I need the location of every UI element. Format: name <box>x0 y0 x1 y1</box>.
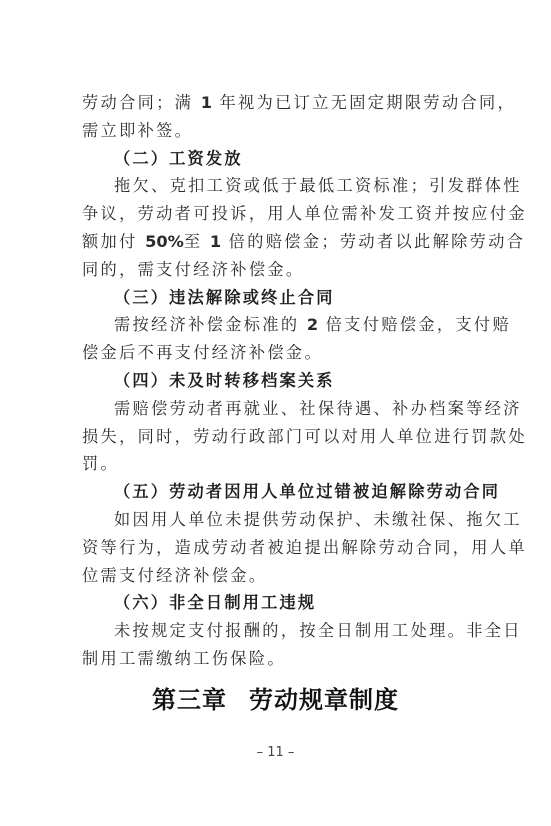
page-number: – 11 – <box>0 745 551 760</box>
text-span: 年视为已订立无固定期限劳动合同， <box>212 93 516 112</box>
text-line: 需按经济补偿金标准的 2 倍支付赔偿金，支付赔 <box>82 311 470 339</box>
chapter-name: 劳动规章制度 <box>249 685 399 714</box>
text-line: 需赔偿劳动者再就业、社保待遇、补办档案等经济 <box>82 395 470 423</box>
section-heading-4: （四）未及时转移档案关系 <box>82 367 470 395</box>
text-span: 额加付 <box>82 232 145 251</box>
text-span: 倍支付赔偿金，支付赔 <box>318 315 511 334</box>
text-line: 损失，同时，劳动行政部门可以对用人单位进行罚款处 <box>82 423 470 451</box>
text-span: 劳动合同；满 <box>82 93 201 112</box>
text-line: 同的，需支付经济补偿金。 <box>82 256 470 284</box>
text-line: 需立即补签。 <box>82 117 470 145</box>
text-line: 争议，劳动者可投诉，用人单位需补发工资并按应付金 <box>82 200 470 228</box>
text-line: 偿金后不再支付经济补偿金。 <box>82 339 470 367</box>
section-heading-3: （三）违法解除或终止合同 <box>82 284 470 312</box>
number: 1 <box>210 232 221 251</box>
number: 50% <box>145 232 184 251</box>
text-line: 劳动合同；满 1 年视为已订立无固定期限劳动合同， <box>82 89 470 117</box>
text-line: 拖欠、克扣工资或低于最低工资标准；引发群体性 <box>82 172 470 200</box>
text-line: 资等行为，造成劳动者被迫提出解除劳动合同，用人单 <box>82 534 470 562</box>
section-heading-5: （五）劳动者因用人单位过错被迫解除劳动合同 <box>82 478 470 506</box>
text-line: 未按规定支付报酬的，按全日制用工处理。非全日 <box>82 617 470 645</box>
chapter-number: 第三章 <box>152 685 227 714</box>
text-line: 位需支付经济补偿金。 <box>82 562 470 590</box>
text-span: 需按经济补偿金标准的 <box>114 315 307 334</box>
chapter-title: 第三章劳动规章制度 <box>0 680 551 715</box>
section-heading-6: （六）非全日制用工违规 <box>82 589 470 617</box>
document-page: 劳动合同；满 1 年视为已订立无固定期限劳动合同， 需立即补签。 （二）工资发放… <box>0 0 551 826</box>
text-span: 至 <box>184 232 210 251</box>
body-text: 劳动合同；满 1 年视为已订立无固定期限劳动合同， 需立即补签。 （二）工资发放… <box>82 89 470 673</box>
text-span: 倍的赔偿金；劳动者以此解除劳动合 <box>221 232 525 251</box>
number: 1 <box>201 93 212 112</box>
section-heading-2: （二）工资发放 <box>82 145 470 173</box>
text-line: 额加付 50%至 1 倍的赔偿金；劳动者以此解除劳动合 <box>82 228 470 256</box>
number: 2 <box>307 315 318 334</box>
text-line: 如因用人单位未提供劳动保护、未缴社保、拖欠工 <box>82 506 470 534</box>
text-line: 制用工需缴纳工伤保险。 <box>82 645 470 673</box>
text-line: 罚。 <box>82 450 470 478</box>
